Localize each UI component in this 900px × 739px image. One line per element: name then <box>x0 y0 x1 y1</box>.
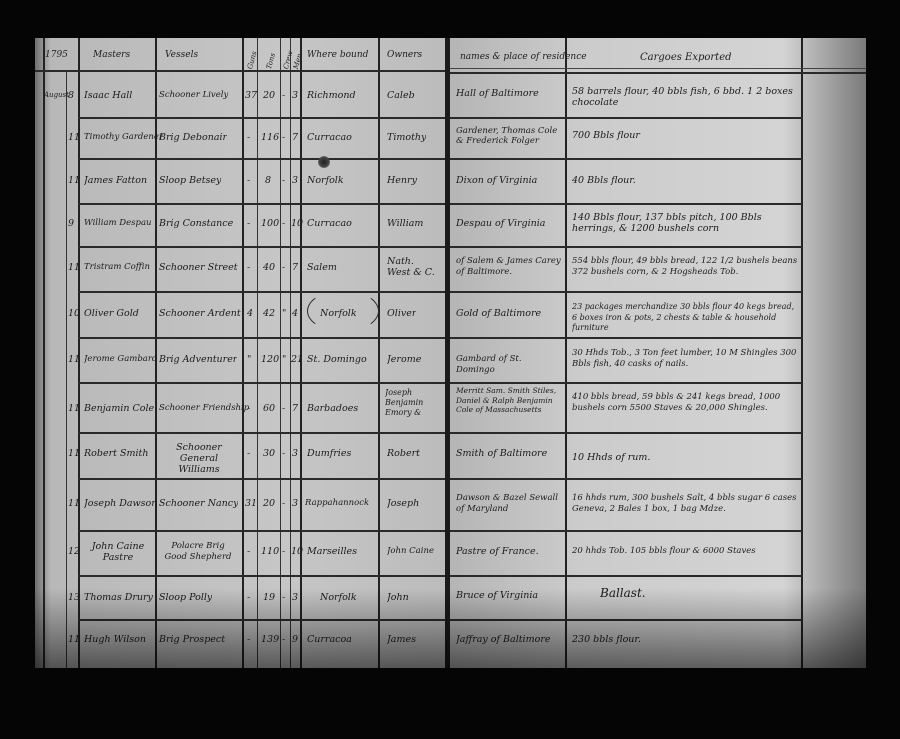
day: 11 <box>68 448 80 459</box>
tons: 60 <box>263 403 275 414</box>
men: 10 <box>291 546 303 557</box>
tons: 100 <box>261 218 279 229</box>
vessel-name: Brig Debonair <box>159 132 227 143</box>
name-place: Gambard of St. Domingo <box>456 354 562 376</box>
owner: John <box>387 592 409 603</box>
header-owners: Owners <box>387 50 422 61</box>
header-tons: Tons <box>265 52 277 70</box>
cargo: 410 bbls bread, 59 bbls & 241 kegs bread… <box>572 392 798 414</box>
men: 10 <box>291 218 303 229</box>
vessel-name: Schooner Street <box>159 262 238 273</box>
vessel-name: Schooner Nancy <box>159 498 238 509</box>
men: 9 <box>292 634 298 645</box>
guns: - <box>247 634 250 645</box>
guns: - <box>247 546 250 557</box>
men: 3 <box>292 175 298 186</box>
cargo: 30 Hhds Tob., 3 Ton feet lumber, 10 M Sh… <box>572 348 798 370</box>
cargo: 20 hhds Tob. 105 bbls flour & 6000 Stave… <box>572 546 798 557</box>
men: 3 <box>292 448 298 459</box>
men: 7 <box>292 262 298 273</box>
guns: 37 <box>245 90 257 101</box>
dash: - <box>282 498 285 509</box>
guns: - <box>247 175 250 186</box>
guns: 31 <box>245 498 257 509</box>
header-cargo: Cargoes Exported <box>640 52 732 63</box>
men: 3 <box>292 90 298 101</box>
name-place: Jaffray of Baltimore <box>456 634 562 645</box>
dash: - <box>282 592 285 603</box>
left-page: 1795 Masters Vessels Guns Tons Crew Men … <box>35 38 445 668</box>
tons: 30 <box>263 448 275 459</box>
dash: - <box>282 634 285 645</box>
owner: Timothy <box>387 132 426 143</box>
owner: Joseph <box>387 498 419 509</box>
cargo: 230 bbls flour. <box>572 634 798 645</box>
cargo: 16 hhds rum, 300 bushels Salt, 4 bbls su… <box>572 493 798 515</box>
right-page: names & place of residence Cargoes Expor… <box>450 38 866 668</box>
vessel-name: Schooner General Williams <box>159 442 239 475</box>
day: 13 <box>68 592 80 603</box>
tons: 19 <box>263 592 275 603</box>
vessel-name: Brig Constance <box>159 218 233 229</box>
name-place: Gardener, Thomas Cole & Frederick Folger <box>456 126 562 146</box>
master-name: Thomas Drury <box>84 592 153 603</box>
guns: - <box>247 132 250 143</box>
owner: Nath. West & C. <box>387 256 437 278</box>
men: 3 <box>292 498 298 509</box>
owner: Caleb <box>387 90 415 101</box>
master-name: Tristram Coffin <box>84 262 150 273</box>
cargo: 700 Bbls flour <box>572 130 798 141</box>
owner: Robert <box>387 448 420 459</box>
master-name: Benjamin Cole <box>84 403 154 414</box>
tons: 20 <box>263 498 275 509</box>
dash: - <box>282 90 285 101</box>
master-name: Timothy Gardener <box>84 132 163 143</box>
master-name: Jerome Gambard <box>84 354 157 365</box>
day: 12 <box>68 546 80 557</box>
men: 7 <box>292 132 298 143</box>
where-bound: Marseilles <box>307 546 357 557</box>
name-place: Merritt Sam. Smith Stiles, Daniel & Ralp… <box>456 386 562 415</box>
day: 8 <box>68 90 74 101</box>
vessel-name: Polacre Brig Good Shepherd <box>159 541 237 563</box>
vessel-name: Sloop Polly <box>159 592 212 603</box>
vessel-name: Schooner Lively <box>159 90 228 101</box>
header-masters: Masters <box>93 50 130 61</box>
dash: - <box>282 403 285 414</box>
day: 11 <box>68 262 80 273</box>
vessel-name: Brig Prospect <box>159 634 225 645</box>
master-name: Isaac Hall <box>84 90 132 101</box>
tons: 110 <box>261 546 279 557</box>
master-name: Hugh Wilson <box>84 634 146 645</box>
guns: - <box>247 403 250 414</box>
where-bound: Norfolk <box>320 592 357 603</box>
header-year: 1795 <box>45 50 68 61</box>
ink-blot <box>318 156 330 168</box>
name-place: Dawson & Bazel Sewall of Maryland <box>456 493 562 515</box>
cargo: 23 packages merchandize 30 bbls flour 40… <box>572 302 798 334</box>
name-place: Smith of Baltimore <box>456 448 562 459</box>
ledger-spread: 1795 Masters Vessels Guns Tons Crew Men … <box>35 38 866 668</box>
men: 3 <box>292 592 298 603</box>
where-bound: Curracao <box>307 218 352 229</box>
where-bound: Salem <box>307 262 337 273</box>
dash: - <box>282 262 285 273</box>
dash: - <box>282 546 285 557</box>
tons: 40 <box>263 262 275 273</box>
flourish <box>307 290 379 332</box>
vessel-name: Schooner Ardent <box>159 308 241 319</box>
owner: James <box>387 634 416 645</box>
where-bound: St. Domingo <box>307 354 367 365</box>
dash: - <box>282 218 285 229</box>
owner: Jerome <box>387 354 421 365</box>
cargo: 554 bbls flour, 49 bbls bread, 122 1/2 b… <box>572 256 798 278</box>
day: 11 <box>68 403 80 414</box>
tons: 20 <box>263 90 275 101</box>
name-place: of Salem & James Carey of Baltimore. <box>456 256 562 278</box>
where-bound: Barbadoes <box>307 403 358 414</box>
men: 4 <box>292 308 298 319</box>
cargo: 40 Bbls flour. <box>572 175 798 186</box>
day: 11 <box>68 132 80 143</box>
men: 7 <box>292 403 298 414</box>
tons: 139 <box>261 634 279 645</box>
day: 11 <box>68 634 80 645</box>
name-place: Gold of Baltimore <box>456 308 562 319</box>
day: 10 <box>68 308 80 319</box>
dash: " <box>282 354 286 365</box>
vessel-name: Sloop Betsey <box>159 175 221 186</box>
cargo: 140 Bbls flour, 137 bbls pitch, 100 Bbls… <box>572 212 798 234</box>
name-place: Despau of Virginia <box>456 218 562 229</box>
name-place: Pastre of France. <box>456 546 562 557</box>
tons: 8 <box>265 175 271 186</box>
where-bound: Rappahannock <box>305 498 369 509</box>
header-vessels: Vessels <box>165 50 198 61</box>
master-name: John Caine Pastre <box>84 541 152 563</box>
guns: - <box>247 262 250 273</box>
day: 11 <box>68 354 80 365</box>
where-bound: Curracoa <box>307 634 352 645</box>
guns: " <box>247 354 251 365</box>
owner: John Caine <box>387 546 434 557</box>
dash: " <box>282 308 286 319</box>
owner: Oliver <box>387 308 416 319</box>
vessel-name: Brig Adventurer <box>159 354 237 365</box>
where-bound: Richmond <box>307 90 356 101</box>
cargo: Ballast. <box>600 588 760 599</box>
day: 11 <box>68 175 80 186</box>
guns: - <box>247 448 250 459</box>
dash: - <box>282 175 285 186</box>
name-place: Hall of Baltimore <box>456 88 562 99</box>
master-name: Oliver Gold <box>84 308 139 319</box>
master-name: James Fatton <box>84 175 147 186</box>
header-men: Men <box>292 53 304 70</box>
dash: - <box>282 448 285 459</box>
name-place: Bruce of Virginia <box>456 590 562 601</box>
where-bound: Norfolk <box>307 175 344 186</box>
men: 21 <box>291 354 303 365</box>
owner: William <box>387 218 423 229</box>
tons: 42 <box>263 308 275 319</box>
tons: 120 <box>261 354 279 365</box>
guns: 4 <box>247 308 253 319</box>
master-name: Joseph Dawson <box>84 498 157 509</box>
where-bound: Curracao <box>307 132 352 143</box>
cargo: 10 Hhds of rum. <box>572 452 798 463</box>
header-name-place: names & place of residence <box>460 52 587 63</box>
tons: 116 <box>261 132 279 143</box>
header-where-bound: Where bound <box>307 50 368 61</box>
vessel-name: Schooner Friendship <box>159 403 249 414</box>
day: 9 <box>68 218 74 229</box>
month: August <box>44 90 69 101</box>
guns: - <box>247 218 250 229</box>
cargo: 58 barrels flour, 40 bbls fish, 6 bbd. 1… <box>572 86 798 108</box>
owner: Joseph Benjamin Emory & <box>385 388 440 418</box>
master-name: Robert Smith <box>84 448 148 459</box>
owner: Henry <box>387 175 417 186</box>
guns: - <box>247 592 250 603</box>
name-place: Dixon of Virginia <box>456 175 562 186</box>
master-name: William Despau <box>84 218 151 229</box>
where-bound: Dumfries <box>307 448 351 459</box>
day: 11 <box>68 498 80 509</box>
dash: - <box>282 132 285 143</box>
